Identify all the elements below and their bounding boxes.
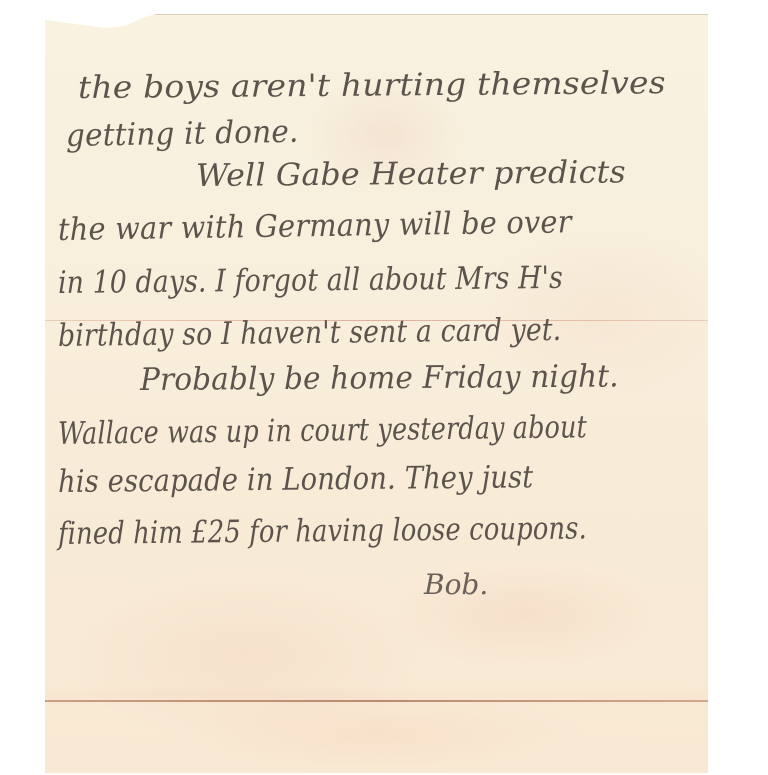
letter-line-10: fined him £25 for having loose coupons.: [58, 510, 587, 552]
letter-line-7: Probably be home Friday night.: [140, 358, 619, 398]
letter-text: the boys aren't hurting themselves getti…: [0, 0, 768, 775]
letter-line-9: his escapade in London. They just: [58, 459, 534, 500]
letter-line-3: Well Gabe Heater predicts: [196, 154, 626, 194]
letter-line-4: the war with Germany will be over: [58, 204, 572, 248]
signature: Bob.: [424, 568, 488, 601]
letter-line-8: Wallace was up in court yesterday about: [58, 409, 587, 452]
letter-line-5: in 10 days. I forgot all about Mrs H's: [58, 260, 563, 301]
letter-line-6: birthday so I haven't sent a card yet.: [58, 312, 562, 354]
letter-line-1: the boys aren't hurting themselves: [78, 65, 666, 106]
letter-line-2: getting it done.: [66, 114, 299, 154]
